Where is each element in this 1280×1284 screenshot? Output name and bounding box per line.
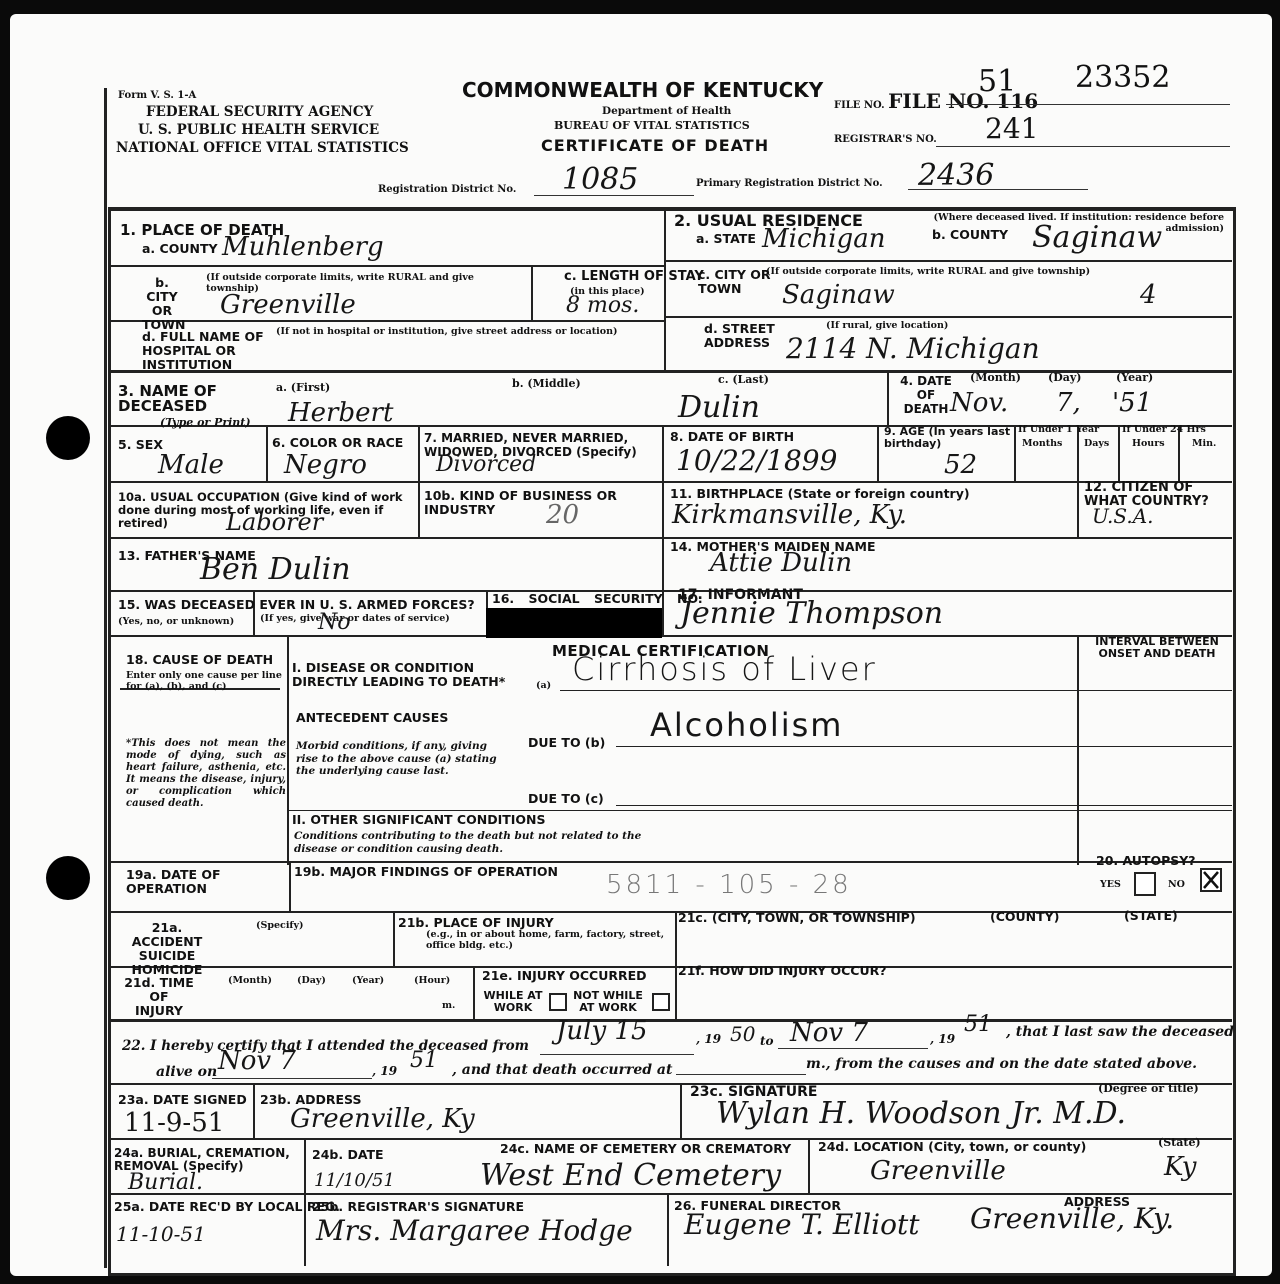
birthplace-label: 11. BIRTHPLACE (State or foreign country… bbox=[670, 487, 970, 501]
dod-month[interactable]: Nov. bbox=[950, 388, 1008, 418]
armed-forces-label: 15. WAS DECEASED EVER IN U. S. ARMED FOR… bbox=[118, 598, 478, 612]
dod-label: 4. DATE OF DEATH bbox=[896, 374, 956, 416]
underline bbox=[212, 1078, 372, 1079]
rule bbox=[110, 1019, 1232, 1022]
cause-label: 18. CAUSE OF DEATH bbox=[126, 653, 273, 667]
interval-label: INTERVAL BETWEEN ONSET AND DEATH bbox=[1084, 636, 1230, 660]
attended-from-date[interactable]: July 15 bbox=[556, 1016, 648, 1046]
residence-state-value[interactable]: Michigan bbox=[762, 224, 885, 254]
cause-b-value[interactable]: Alcoholism bbox=[650, 706, 843, 744]
under-24-label: If Under 24 Hrs bbox=[1122, 424, 1232, 435]
rule bbox=[287, 810, 1232, 811]
occupation-value[interactable]: Laborer bbox=[226, 508, 323, 536]
file-no-value-2: 23352 bbox=[1075, 60, 1170, 95]
registrar-no-line bbox=[936, 146, 1230, 147]
antecedent-label: ANTECEDENT CAUSES bbox=[296, 711, 448, 725]
last-name-value[interactable]: Dulin bbox=[678, 390, 760, 425]
rule bbox=[675, 911, 677, 1019]
cause-b-label: DUE TO (b) bbox=[528, 736, 605, 750]
rule bbox=[616, 805, 1232, 806]
injury-county-label: (COUNTY) bbox=[990, 910, 1059, 924]
to-year-prefix: , 19 bbox=[930, 1032, 955, 1046]
rule bbox=[393, 911, 395, 966]
registrar-signature-label: 25b. REGISTRAR'S SIGNATURE bbox=[312, 1200, 524, 1214]
part2-note: Conditions contributing to the death but… bbox=[294, 830, 684, 856]
injury-place-label: 21b. PLACE OF INJURY bbox=[398, 916, 554, 930]
state-title: COMMONWEALTH OF KENTUCKY bbox=[462, 78, 823, 102]
at-work-checkbox[interactable] bbox=[549, 993, 567, 1011]
death-occurred-text: , and that death occurred at bbox=[452, 1062, 672, 1078]
cemetery-label: 24c. NAME OF CEMETERY OR CREMATORY bbox=[500, 1142, 791, 1156]
informant-value[interactable]: Jennie Thompson bbox=[680, 596, 943, 631]
rule bbox=[666, 316, 1232, 318]
cert-line1-end: , that I last saw the deceased bbox=[1006, 1024, 1234, 1040]
cert-line1-text: 22. I hereby certify that I attended the… bbox=[122, 1038, 529, 1054]
injury-occurred-label: 21e. INJURY OCCURRED bbox=[482, 969, 647, 983]
rule bbox=[887, 372, 889, 425]
from-year-prefix: , 19 bbox=[696, 1032, 721, 1046]
business-value[interactable]: 20 bbox=[546, 500, 579, 530]
death-city-label: b. CITY OR TOWN bbox=[142, 276, 182, 332]
residence-state-label: a. STATE bbox=[696, 232, 756, 246]
race-label: 6. COLOR OR RACE bbox=[272, 436, 403, 450]
stay-label: c. LENGTH OF STAY bbox=[564, 270, 704, 284]
injury-time-day: (Day) bbox=[297, 975, 326, 986]
autopsy-no-label: NO bbox=[1168, 879, 1185, 890]
attended-from-year[interactable]: 50 bbox=[730, 1022, 755, 1046]
first-name-label: a. (First) bbox=[276, 382, 330, 393]
residence-county-label: b. COUNTY bbox=[932, 228, 1008, 242]
registration-district-value: 1085 bbox=[562, 162, 638, 197]
file-no-line bbox=[946, 104, 1230, 105]
hospital-label: d. FULL NAME OF HOSPITAL OR INSTITUTION bbox=[142, 330, 272, 372]
injury-how-label: 21f. HOW DID INJURY OCCUR? bbox=[678, 964, 887, 978]
rule bbox=[1077, 481, 1079, 537]
certificate-title: CERTIFICATE OF DEATH bbox=[541, 136, 769, 155]
burial-state-value[interactable]: Ky bbox=[1164, 1152, 1196, 1182]
sex-value[interactable]: Male bbox=[158, 450, 224, 480]
rule bbox=[1014, 425, 1016, 481]
under-1-months: Months bbox=[1022, 438, 1062, 449]
autopsy-yes-checkbox[interactable] bbox=[1134, 872, 1156, 896]
rule bbox=[666, 260, 1232, 262]
burial-location-label: 24d. LOCATION (City, town, or county) bbox=[818, 1140, 1086, 1154]
injury-time-month: (Month) bbox=[228, 975, 272, 986]
antecedent-note: Morbid conditions, if any, giving rise t… bbox=[296, 740, 512, 778]
injury-time-year: (Year) bbox=[352, 975, 384, 986]
burial-method-value[interactable]: Burial. bbox=[128, 1170, 203, 1195]
race-value[interactable]: Negro bbox=[284, 450, 367, 480]
father-value[interactable]: Ben Dulin bbox=[200, 552, 351, 587]
rule bbox=[418, 425, 420, 537]
rule bbox=[110, 1083, 1232, 1085]
under-24-min: Min. bbox=[1192, 438, 1216, 449]
registrar-signature-value[interactable]: Mrs. Margaree Hodge bbox=[316, 1214, 633, 1247]
rule bbox=[680, 1083, 682, 1138]
age-value[interactable]: 52 bbox=[944, 450, 977, 480]
mother-value[interactable]: Attie Dulin bbox=[710, 548, 852, 578]
autopsy-no-checkbox[interactable] bbox=[1200, 868, 1222, 892]
business-label: 10b. KIND OF BUSINESS OR INDUSTRY bbox=[424, 489, 660, 517]
department: Department of Health bbox=[602, 105, 731, 117]
registration-district-label: Registration District No. bbox=[378, 184, 516, 195]
rule bbox=[110, 635, 1232, 637]
injury-location-label: 21c. (CITY, TOWN, OR TOWNSHIP) bbox=[678, 911, 916, 925]
deceased-name-hint: (Type or Print) bbox=[160, 416, 251, 429]
dod-day-label: (Day) bbox=[1048, 372, 1081, 383]
date-signed-value[interactable]: 11-9-51 bbox=[124, 1108, 224, 1138]
dod-year[interactable]: '51 bbox=[1112, 388, 1152, 418]
residence-city-note: (If outside corporate limits, write RURA… bbox=[766, 266, 1090, 277]
underline bbox=[676, 1074, 806, 1075]
alive-on-date[interactable]: Nov 7 bbox=[218, 1046, 296, 1076]
rule bbox=[110, 320, 666, 322]
bureau: BUREAU OF VITAL STATISTICS bbox=[554, 119, 750, 132]
attended-to-year[interactable]: 51 bbox=[964, 1012, 992, 1037]
degree-label: (Degree or title) bbox=[1098, 1083, 1199, 1094]
armed-note-2: (If yes, give war or dates of service) bbox=[260, 613, 450, 624]
cause-a-label: (a) bbox=[536, 680, 551, 691]
not-at-work-checkbox[interactable] bbox=[652, 993, 670, 1011]
dod-year-label: (Year) bbox=[1116, 372, 1153, 383]
part2-label: II. OTHER SIGNIFICANT CONDITIONS bbox=[292, 813, 546, 827]
injury-time-label: 21d. TIME OF INJURY bbox=[124, 976, 194, 1018]
checkmark-x-icon bbox=[1202, 870, 1220, 890]
form-number: Form V. S. 1-A bbox=[118, 90, 196, 101]
funeral-address-value[interactable]: Greenville, Ky. bbox=[970, 1202, 1174, 1235]
rule bbox=[253, 1083, 255, 1138]
injury-place-note: (e.g., in or about home, farm, factory, … bbox=[426, 929, 672, 951]
rule bbox=[266, 425, 268, 481]
rule bbox=[560, 690, 1232, 691]
operation-code[interactable]: 5811 - 105 - 28 bbox=[606, 870, 852, 900]
rule bbox=[110, 265, 666, 267]
punch-hole bbox=[46, 416, 90, 460]
alive-on-label: alive on bbox=[156, 1064, 217, 1080]
attended-to-date[interactable]: Nov 7 bbox=[790, 1018, 868, 1048]
cause-c-label: DUE TO (c) bbox=[528, 792, 604, 806]
marital-value[interactable]: Divorced bbox=[436, 452, 536, 477]
file-no-value-1: 51 bbox=[978, 64, 1016, 99]
residence-ward[interactable]: 4 bbox=[1140, 280, 1157, 310]
birthplace-value[interactable]: Kirkmansville, Ky. bbox=[672, 500, 907, 530]
underline bbox=[778, 1048, 928, 1049]
rule bbox=[287, 635, 289, 865]
part1-label: I. DISEASE OR CONDITION DIRECTLY LEADING… bbox=[292, 661, 532, 689]
dob-value[interactable]: 10/22/1899 bbox=[676, 444, 837, 477]
injury-type-note: (Specify) bbox=[256, 920, 304, 931]
residence-street-value[interactable]: 2114 N. Michigan bbox=[786, 332, 1040, 365]
under-24-hours: Hours bbox=[1132, 438, 1165, 449]
residence-street-label: d. STREET ADDRESS bbox=[704, 322, 784, 350]
citizen-value[interactable]: U.S.A. bbox=[1092, 504, 1154, 528]
not-at-work-label: NOT WHILE AT WORK bbox=[566, 990, 650, 1014]
death-county-value[interactable]: Muhlenberg bbox=[222, 232, 384, 262]
rule bbox=[473, 966, 475, 1019]
rule bbox=[877, 425, 879, 481]
cert-line2-end: m., from the causes and on the date stat… bbox=[806, 1056, 1197, 1072]
autopsy-label: 20. AUTOPSY? bbox=[1096, 854, 1196, 868]
to-word: to bbox=[760, 1034, 774, 1048]
middle-name-label: b. (Middle) bbox=[512, 378, 581, 389]
injury-time-hour: (Hour) bbox=[414, 975, 450, 986]
punch-hole bbox=[46, 856, 90, 900]
deceased-name-label: 3. NAME OF DECEASED bbox=[118, 384, 258, 414]
rule bbox=[667, 1193, 669, 1266]
burial-date-label: 24b. DATE bbox=[312, 1148, 384, 1162]
residence-city-value[interactable]: Saginaw bbox=[782, 280, 895, 310]
dod-day[interactable]: 7, bbox=[1056, 388, 1081, 418]
operation-date-label: 19a. DATE OF OPERATION bbox=[126, 868, 286, 896]
rule bbox=[616, 746, 1232, 747]
residence-county-value[interactable]: Saginaw bbox=[1032, 220, 1162, 255]
agency-line-2: U. S. PUBLIC HEALTH SERVICE bbox=[138, 122, 379, 138]
alive-on-year[interactable]: 51 bbox=[410, 1048, 438, 1073]
rule bbox=[110, 911, 1232, 913]
under-1-label: If Under 1 Year bbox=[1018, 424, 1136, 435]
rule bbox=[110, 481, 1232, 483]
hospital-note: (If not in hospital or institution, give… bbox=[276, 326, 646, 337]
injury-state-label: (STATE) bbox=[1124, 909, 1178, 923]
last-name-label: c. (Last) bbox=[718, 374, 769, 385]
primary-district-label: Primary Registration District No. bbox=[696, 178, 883, 189]
date-received-value[interactable]: 11-10-51 bbox=[116, 1222, 206, 1246]
rule bbox=[808, 1138, 810, 1193]
residence-street-note: (If rural, give location) bbox=[826, 320, 948, 331]
cause-footnote: *This does not mean the mode of dying, s… bbox=[126, 738, 286, 810]
armed-note-1: (Yes, no, or unknown) bbox=[118, 616, 234, 627]
signer-address-value[interactable]: Greenville, Ky bbox=[290, 1104, 475, 1134]
rule bbox=[110, 966, 1232, 968]
death-county-label: a. COUNTY bbox=[142, 242, 218, 256]
death-city-value[interactable]: Greenville bbox=[220, 290, 356, 320]
burial-location-value[interactable]: Greenville bbox=[870, 1156, 1006, 1186]
autopsy-yes-label: YES bbox=[1100, 879, 1121, 890]
physician-signature[interactable]: Wylan H. Woodson Jr. M.D. bbox=[716, 1096, 1126, 1131]
left-margin-rule bbox=[104, 88, 107, 1268]
stay-value[interactable]: 8 mos. bbox=[566, 293, 639, 318]
burial-state-label: (State) bbox=[1158, 1137, 1201, 1148]
ssn-label: 16. SOCIAL SECURITY NO. bbox=[492, 592, 703, 606]
injury-type-label: 21a. ACCIDENT SUICIDE HOMICIDE bbox=[122, 921, 212, 977]
primary-district-value: 2436 bbox=[918, 158, 994, 193]
cause-note: Enter only one cause per line for (a), (… bbox=[126, 670, 286, 692]
injury-time-m: m. bbox=[442, 1000, 455, 1011]
dob-label: 8. DATE OF BIRTH bbox=[670, 430, 794, 444]
sex-label: 5. SEX bbox=[118, 438, 163, 452]
alive-year-prefix: , 19 bbox=[372, 1064, 397, 1078]
rule bbox=[664, 210, 666, 372]
underline bbox=[540, 1054, 694, 1055]
burial-date-value[interactable]: 11/10/51 bbox=[314, 1170, 395, 1191]
cemetery-value[interactable]: West End Cemetery bbox=[480, 1158, 781, 1193]
dod-month-label: (Month) bbox=[970, 372, 1021, 383]
age-label: 9. AGE (In years last birthday) bbox=[884, 426, 1014, 450]
cause-a-value[interactable]: Cirrhosis of Liver bbox=[572, 650, 877, 688]
registrar-no-value: 241 bbox=[985, 112, 1038, 145]
armed-forces-value[interactable]: No bbox=[318, 610, 351, 635]
date-signed-label: 23a. DATE SIGNED bbox=[118, 1093, 247, 1107]
at-work-label: WHILE AT WORK bbox=[478, 990, 548, 1014]
rule bbox=[110, 861, 1232, 863]
registrar-no-label: REGISTRAR'S NO. bbox=[834, 134, 937, 145]
rule bbox=[1077, 635, 1079, 865]
date-received-label: 25a. DATE REC'D BY LOCAL REG. bbox=[114, 1200, 340, 1214]
rule bbox=[531, 265, 533, 320]
agency-line-1: FEDERAL SECURITY AGENCY bbox=[146, 104, 373, 120]
agency-line-3: NATIONAL OFFICE VITAL STATISTICS bbox=[116, 140, 409, 156]
first-name-value[interactable]: Herbert bbox=[288, 398, 393, 428]
rule bbox=[289, 861, 291, 911]
funeral-director-value[interactable]: Eugene T. Elliott bbox=[684, 1208, 920, 1241]
operation-findings-label: 19b. MAJOR FINDINGS OF OPERATION bbox=[294, 865, 558, 879]
under-1-days: Days bbox=[1084, 438, 1109, 449]
ssn-redaction bbox=[486, 608, 662, 638]
